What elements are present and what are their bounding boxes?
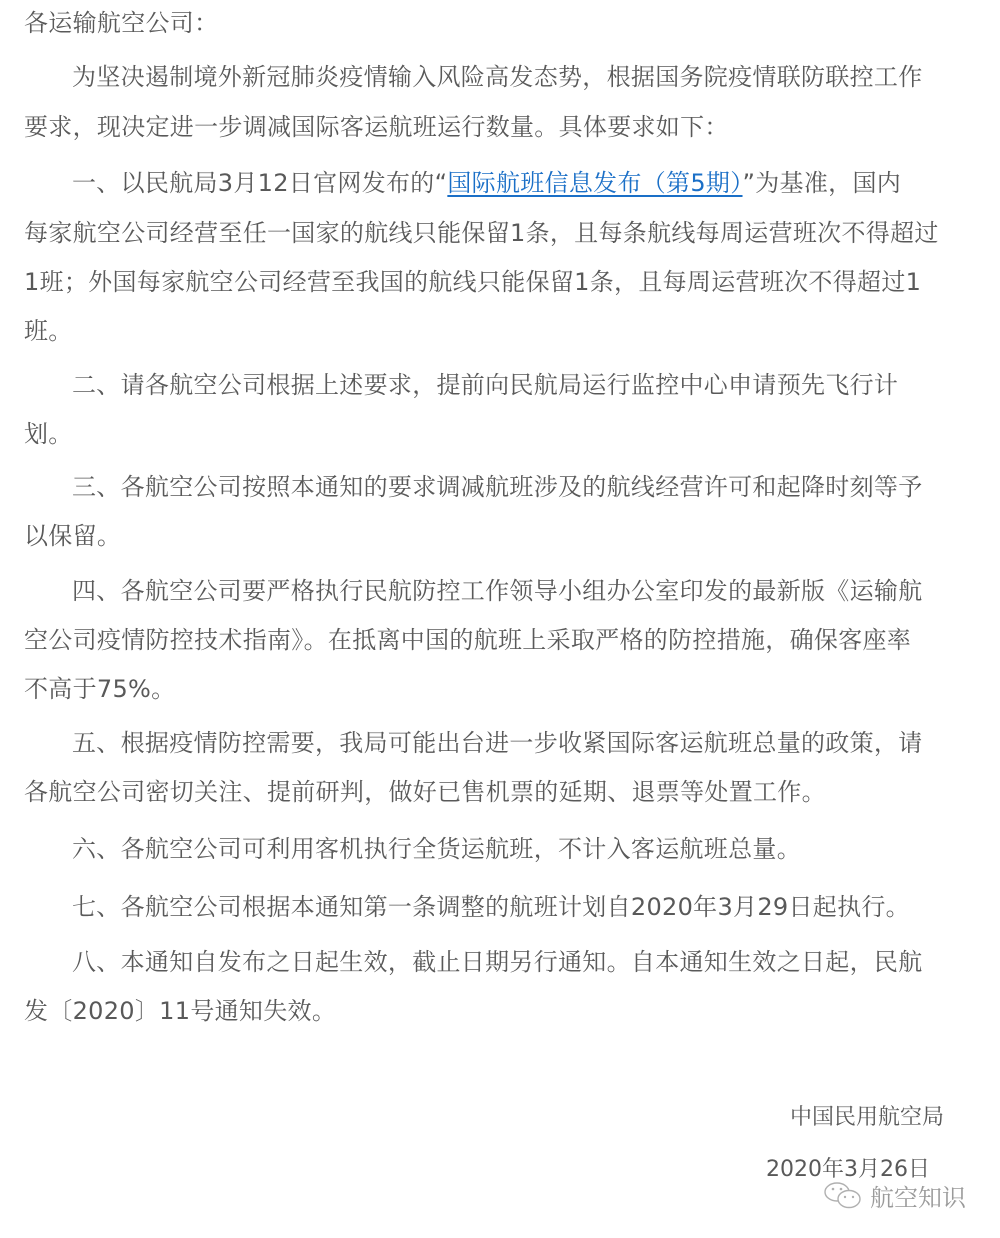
item-2-line-2: 划。	[24, 419, 73, 449]
wechat-watermark: 航空知识	[822, 1178, 966, 1213]
item-1-suffix: ”为基准，国内	[743, 169, 902, 197]
item-8-line-1: 八、本通知自发布之日起生效，截止日期另行通知。自本通知生效之日起，民航	[72, 947, 923, 977]
item-5-line-2: 各航空公司密切关注、提前研判，做好已售机票的延期、退票等处置工作。	[24, 777, 826, 807]
item-6-line-1: 六、各航空公司可利用客机执行全货运航班，不计入客运航班总量。	[72, 834, 801, 864]
item-4-line-2: 空公司疫情防控技术指南》。在抵离中国的航班上采取严格的防控措施，确保客座率	[24, 625, 911, 655]
item-8-line-2: 发〔2020〕11号通知失效。	[24, 996, 336, 1026]
intro-line-1: 为坚决遏制境外新冠肺炎疫情输入风险高发态势，根据国务院疫情联防联控工作	[72, 62, 923, 92]
intro-line-2: 要求，现决定进一步调减国际客运航班运行数量。具体要求如下：	[24, 112, 729, 142]
item-7-line-1: 七、各航空公司根据本通知第一条调整的航班计划自2020年3月29日起执行。	[72, 892, 910, 922]
item-1-line-3: 1班；外国每家航空公司经营至我国的航线只能保留1条，且每周运营班次不得超过1	[24, 267, 921, 297]
item-4-line-1: 四、各航空公司要严格执行民航防控工作领导小组办公室印发的最新版《运输航	[72, 576, 923, 606]
item-3-line-2: 以保留。	[24, 521, 121, 551]
item-1-line-4: 班。	[24, 316, 73, 346]
item-1-line-1: 一、以民航局3月12日官网发布的“国际航班信息发布（第5期）”为基准，国内	[72, 168, 901, 198]
item-3-line-1: 三、各航空公司按照本通知的要求调减航班涉及的航线经营许可和起降时刻等予	[72, 472, 923, 502]
issuer-name: 中国民用航空局	[790, 1104, 944, 1132]
item-1-prefix: 一、以民航局3月12日官网发布的“	[72, 169, 447, 197]
intl-flight-info-link[interactable]: 国际航班信息发布（第5期）	[447, 169, 742, 197]
item-2-line-1: 二、请各航空公司根据上述要求，提前向民航局运行监控中心申请预先飞行计	[72, 370, 898, 400]
item-1-line-2: 每家航空公司经营至任一国家的航线只能保留1条，且每条航线每周运营班次不得超过	[24, 218, 939, 248]
item-4-line-3: 不高于75%。	[24, 674, 175, 704]
salutation: 各运输航空公司：	[24, 8, 218, 38]
wechat-icon	[822, 1180, 864, 1212]
watermark-text: 航空知识	[870, 1178, 966, 1213]
item-5-line-1: 五、根据疫情防控需要，我局可能出台进一步收紧国际客运航班总量的政策，请	[72, 728, 923, 758]
